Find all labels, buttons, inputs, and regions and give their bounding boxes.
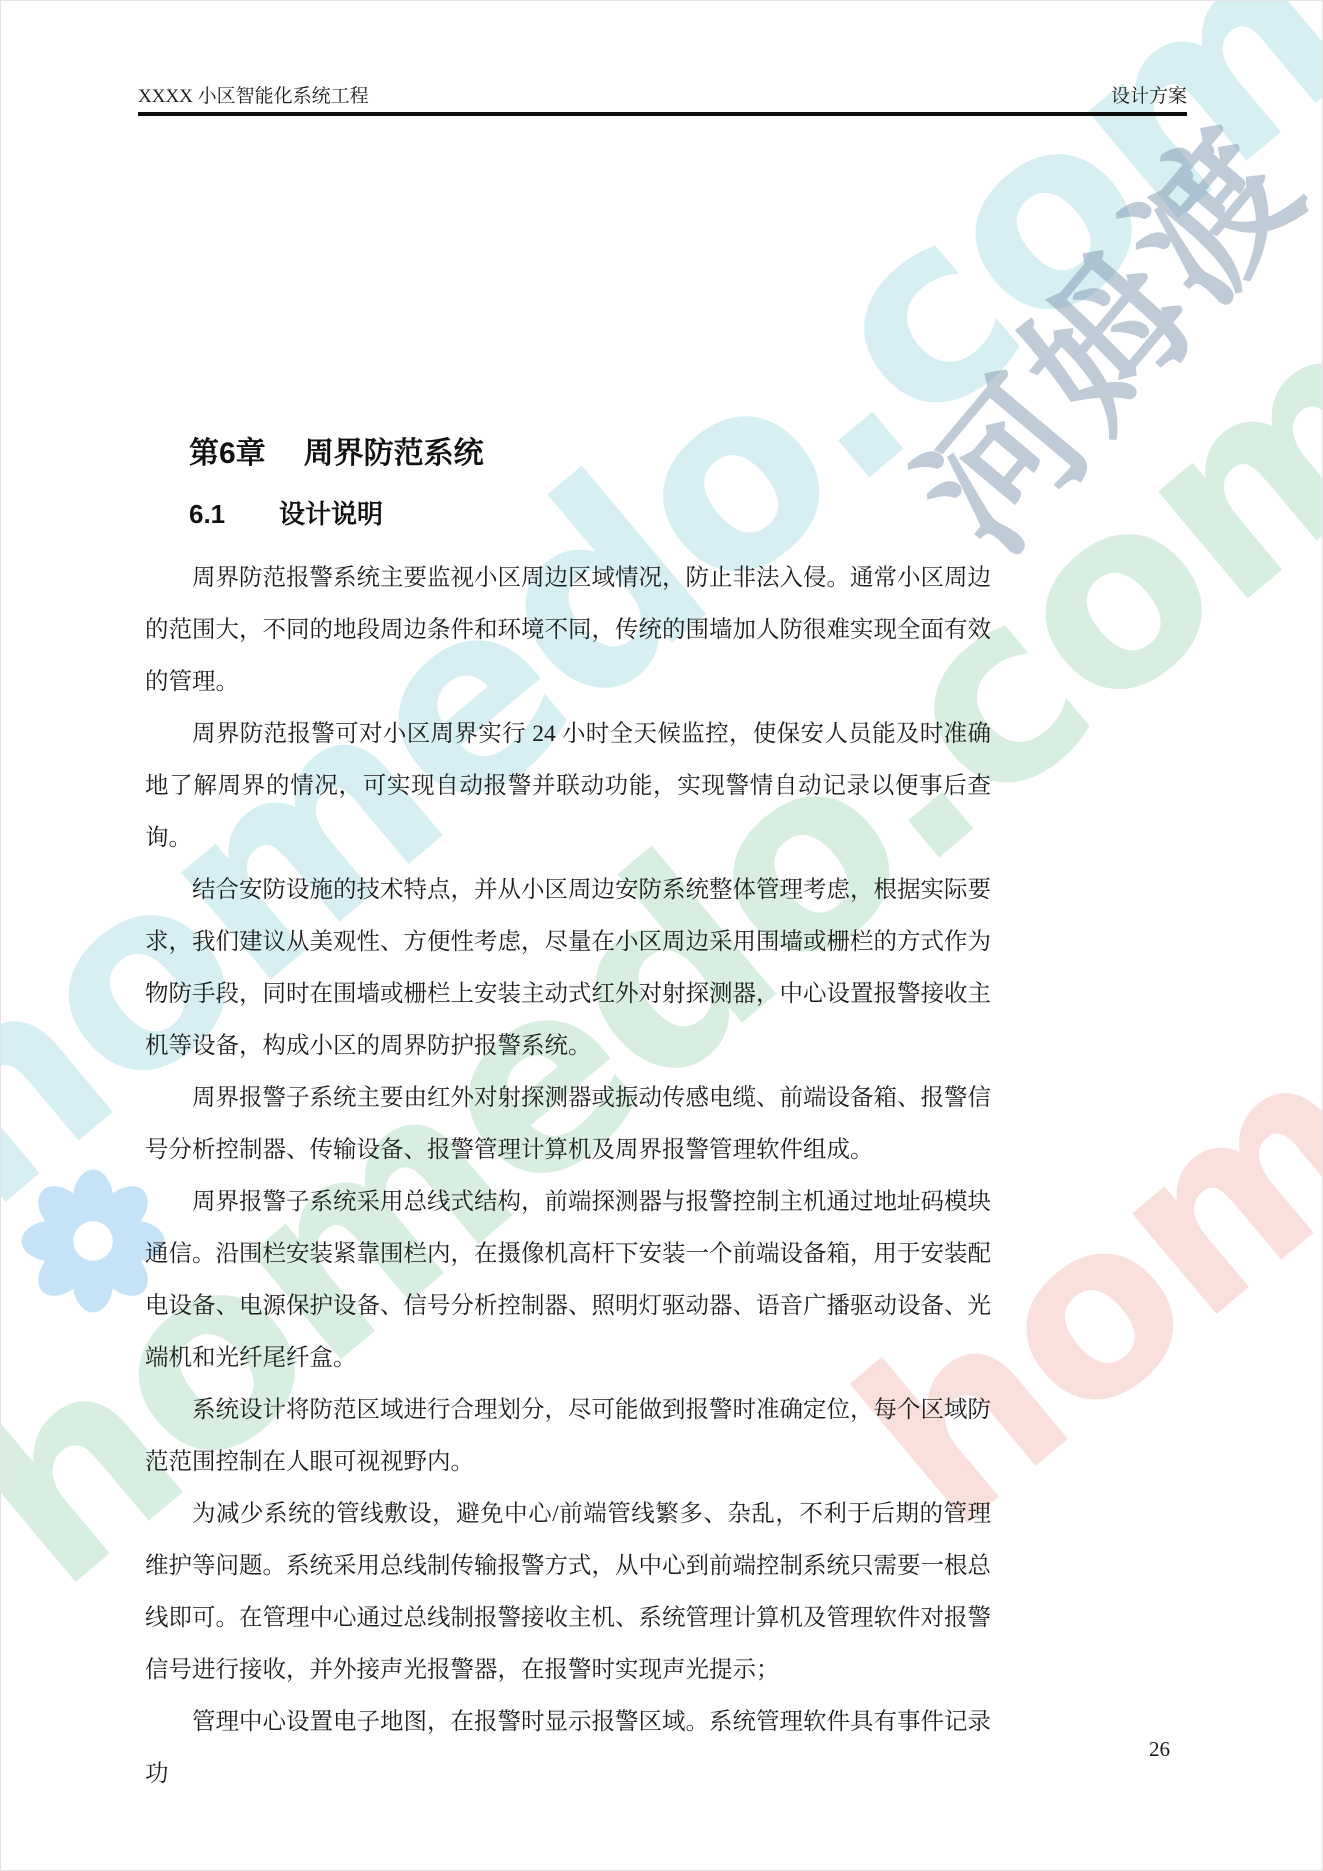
chapter-title: 第6章周界防范系统 xyxy=(189,437,991,471)
page-header: XXXX 小区智能化系统工程 设计方案 xyxy=(138,81,1187,108)
paragraph: 周界防范报警系统主要监视小区周边区域情况，防止非法入侵。通常小区周边的范围大，不… xyxy=(145,552,991,708)
page-number: 26 xyxy=(1149,1737,1170,1762)
section-number: 6.1 xyxy=(189,499,279,530)
paragraph: 为减少系统的管线敷设，避免中心/前端管线繁多、杂乱，不利于后期的管理维护等问题。… xyxy=(145,1488,991,1696)
paragraph: 周界防范报警可对小区周界实行 24 小时全天候监控，使保安人员能及时准确地了解周… xyxy=(145,708,991,864)
paragraph-list: 周界防范报警系统主要监视小区周边区域情况，防止非法入侵。通常小区周边的范围大，不… xyxy=(145,552,991,1800)
header-project-title: XXXX 小区智能化系统工程 xyxy=(138,81,369,108)
chapter-number: 第6章 xyxy=(189,437,266,470)
section-heading: 6.1设计说明 xyxy=(189,499,991,530)
header-doc-type: 设计方案 xyxy=(1111,81,1187,108)
paragraph: 周界报警子系统采用总线式结构，前端探测器与报警控制主机通过地址码模块通信。沿围栏… xyxy=(145,1176,991,1384)
paragraph: 管理中心设置电子地图，在报警时显示报警区域。系统管理软件具有事件记录功 xyxy=(145,1696,991,1800)
paragraph: 结合安防设施的技术特点，并从小区周边安防系统整体管理考虑，根据实际要求，我们建议… xyxy=(145,864,991,1072)
paragraph: 周界报警子系统主要由红外对射探测器或振动传感电缆、前端设备箱、报警信号分析控制器… xyxy=(145,1072,991,1176)
document-body: 第6章周界防范系统 6.1设计说明 周界防范报警系统主要监视小区周边区域情况，防… xyxy=(145,437,991,1800)
section-title-text: 设计说明 xyxy=(279,499,383,529)
chapter-title-text: 周界防范系统 xyxy=(304,437,484,470)
paragraph: 系统设计将防范区域进行合理划分，尽可能做到报警时准确定位，每个区域防范范围控制在… xyxy=(145,1384,991,1488)
document-page: homedo.com homedo.com homedo.com 河姆渡 XXX… xyxy=(0,0,1323,1871)
header-rule xyxy=(138,112,1187,116)
